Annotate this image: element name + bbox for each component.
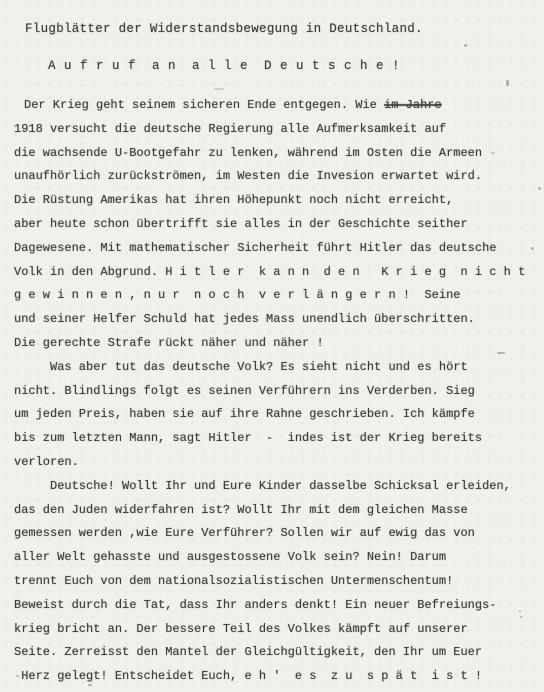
text-segment: die wachsende U-Bootgefahr zu lenken, wä… — [14, 146, 482, 160]
text-line: das den Juden widerfahren ist? Wollt Ihr… — [14, 499, 542, 523]
text-segment: unaufhörlich zurückströmen, im Westen di… — [14, 169, 482, 183]
text-line: aller Welt gehasste und ausgestossene Vo… — [14, 546, 542, 570]
text-segment: Der Krieg geht seinem sicheren Ende entg… — [24, 98, 384, 112]
document-page: Flugblätter der Widerstandsbewegung in D… — [0, 0, 544, 692]
text-line: die wachsende U-Bootgefahr zu lenken, wä… — [14, 142, 542, 166]
text-line: um jeden Preis, haben sie auf ihre Rahne… — [14, 403, 542, 427]
text-segment: gemessen werden ,wie Eure Verführer? Sol… — [14, 526, 475, 540]
text-line: Seite. Zerreisst den Mantel der Gleichgü… — [14, 641, 542, 665]
text-line: Dagewesene. Mit mathematischer Sicherhei… — [14, 237, 542, 261]
ink-speck — [519, 610, 521, 612]
text-line: Volk in den Abgrund. H i t l e r k a n n… — [14, 261, 542, 285]
document-heading: A u f r u f a n a l l e D e u t s c h e … — [48, 59, 400, 73]
text-segment: nicht. Blindlings folgt es seinen Verfüh… — [14, 384, 475, 398]
text-segment: Beweist durch die Tat, dass Ihr anders d… — [14, 598, 496, 612]
text-segment: Volk in den Abgrund. H i t l e r k a n n… — [14, 265, 525, 279]
text-segment: - — [14, 669, 21, 683]
text-segment: Dagewesene. Mit mathematischer Sicherhei… — [14, 241, 496, 255]
ink-speck — [464, 44, 467, 47]
text-line: Deutsche! Wollt Ihr und Eure Kinder dass… — [14, 475, 542, 499]
text-line: Beweist durch die Tat, dass Ihr anders d… — [14, 594, 542, 618]
text-segment: um jeden Preis, haben sie auf ihre Rahne… — [14, 407, 475, 421]
text-line: bis zum letzten Mann, sagt Hitler - inde… — [14, 427, 542, 451]
text-line: 1918 versucht die deutsche Regierung all… — [14, 118, 542, 142]
text-segment: Die Rüstung Amerikas hat ihren Höhepunkt… — [14, 193, 453, 207]
text-segment: aller Welt gehasste und ausgestossene Vo… — [14, 550, 446, 564]
text-segment: 1918 versucht die deutsche Regierung all… — [14, 122, 446, 136]
ink-speck — [506, 80, 509, 86]
ink-speck — [214, 88, 224, 90]
text-segment: g e w i n n e n , n u r n o c h v e r l … — [14, 288, 460, 302]
text-segment: bis zum letzten Mann, sagt Hitler - inde… — [14, 431, 482, 445]
text-segment: Die gerechte Strafe rückt näher und nähe… — [14, 336, 324, 350]
text-line: Was aber tut das deutsche Volk? Es sieht… — [14, 356, 542, 380]
ink-speck — [531, 247, 534, 250]
ink-speck — [520, 616, 522, 618]
text-line: aber heute schon übertrifft sie alles in… — [14, 213, 542, 237]
text-line: nicht. Blindlings folgt es seinen Verfüh… — [14, 380, 542, 404]
ink-speck — [538, 187, 541, 190]
ink-speck — [497, 352, 505, 354]
text-line: verloren. — [14, 451, 542, 475]
text-line: unaufhörlich zurückströmen, im Westen di… — [14, 165, 542, 189]
ink-speck — [88, 684, 92, 686]
text-segment: Herz gelegt! Entscheidet Euch, e h ' e s… — [21, 669, 482, 683]
text-segment: das den Juden widerfahren ist? Wollt Ihr… — [14, 503, 468, 517]
text-segment: Deutsche! Wollt Ihr und Eure Kinder dass… — [50, 479, 511, 493]
text-line: -Herz gelegt! Entscheidet Euch, e h ' e … — [14, 665, 542, 689]
text-line: gemessen werden ,wie Eure Verführer? Sol… — [14, 522, 542, 546]
document-body: Der Krieg geht seinem sicheren Ende entg… — [14, 94, 542, 689]
struck-text: im Jahre — [384, 98, 442, 112]
text-line: Der Krieg geht seinem sicheren Ende entg… — [14, 94, 542, 118]
text-segment: Seite. Zerreisst den Mantel der Gleichgü… — [14, 645, 482, 659]
text-segment: aber heute schon übertrifft sie alles in… — [14, 217, 468, 231]
text-segment: - — [482, 146, 496, 160]
text-line: Die Rüstung Amerikas hat ihren Höhepunkt… — [14, 189, 542, 213]
text-line: und seiner Helfer Schuld hat jedes Mass … — [14, 308, 542, 332]
text-segment: und seiner Helfer Schuld hat jedes Mass … — [14, 312, 475, 326]
text-segment: Was aber tut das deutsche Volk? Es sieht… — [50, 360, 468, 374]
document-title: Flugblätter der Widerstandsbewegung in D… — [25, 22, 423, 36]
text-segment: krieg bricht an. Der bessere Teil des Vo… — [14, 622, 468, 636]
text-line: g e w i n n e n , n u r n o c h v e r l … — [14, 284, 542, 308]
text-line: krieg bricht an. Der bessere Teil des Vo… — [14, 618, 542, 642]
text-segment: trennt Euch von dem nationalsozialistisc… — [14, 574, 453, 588]
text-line: trennt Euch von dem nationalsozialistisc… — [14, 570, 542, 594]
text-segment: verloren. — [14, 455, 79, 469]
text-line: Die gerechte Strafe rückt näher und nähe… — [14, 332, 542, 356]
